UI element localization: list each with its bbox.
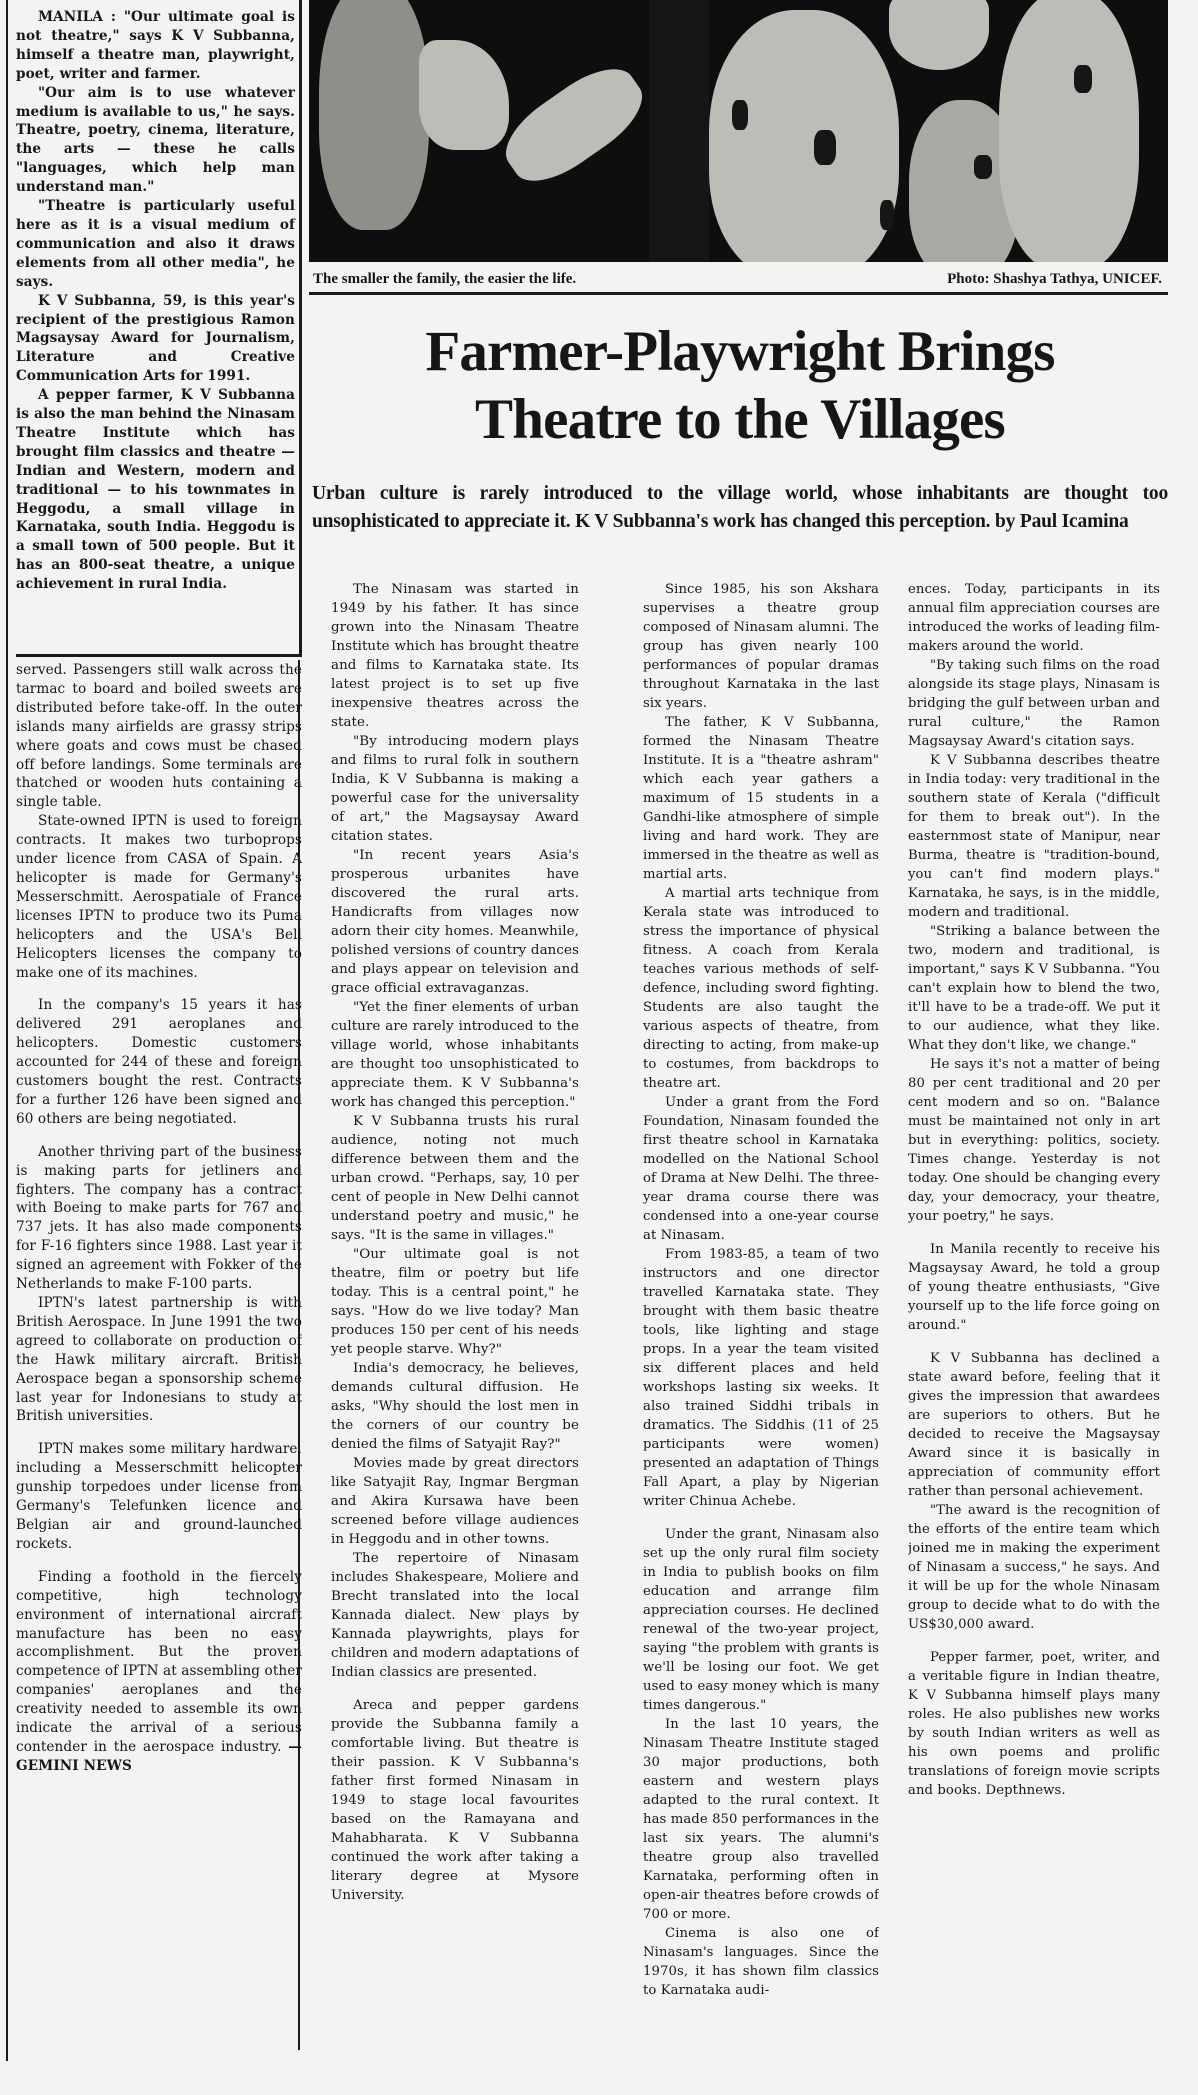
paragraph: The father, K V Subbanna, formed the Nin… [643,713,879,884]
paragraph: Since 1985, his son Akshara supervises a… [643,580,879,713]
paragraph: "Our ultimate goal is not theatre, film … [331,1245,579,1359]
paragraph: In Manila recently to receive his Magsay… [908,1240,1160,1335]
paragraph: Under a grant from the Ford Foundation, … [643,1093,879,1245]
paragraph: "Theatre is particularly useful here as … [16,197,295,292]
left-story-continuation: served. Passengers still walk across the… [16,657,302,2061]
paragraph: K V Subbanna describes theatre in India … [908,751,1160,922]
paragraph: "In recent years Asia's prosperous urban… [331,846,579,998]
paragraph: "Yet the finer elements of urban culture… [331,998,579,1112]
paragraph: IPTN's latest partnership is with Britis… [16,1294,302,1426]
photo-caption-bar: The smaller the family, the easier the l… [309,266,1168,295]
paragraph: "The award is the recognition of the eff… [908,1501,1160,1634]
paragraph: ences. Today, participants in its annual… [908,580,1160,656]
article-column-2: Since 1985, his son Akshara supervises a… [643,580,879,2080]
paragraph: Movies made by great directors like Saty… [331,1454,579,1549]
paragraph: "Striking a balance between the two, mod… [908,922,1160,1055]
paragraph: K V Subbanna has declined a state award … [908,1349,1160,1501]
paragraph: The repertoire of Ninasam includes Shake… [331,1549,579,1682]
paragraph: MANILA : "Our ultimate goal is not theat… [16,8,295,84]
newspaper-page: MANILA : "Our ultimate goal is not theat… [0,0,1198,2095]
paragraph: A pepper farmer, K V Subbanna is also th… [16,386,295,594]
paragraph: served. Passengers still walk across the… [16,661,302,812]
standfirst-deck: Urban culture is rarely introduced to th… [312,480,1168,536]
dateline: MANILA : [38,9,116,25]
left-story-top-box: MANILA : "Our ultimate goal is not theat… [16,0,302,657]
paragraph: A martial arts technique from Kerala sta… [643,884,879,1093]
paragraph: The Ninasam was started in 1949 by his f… [331,580,579,732]
paragraph: India's democracy, he believes, demands … [331,1359,579,1454]
paragraph: "By taking such films on the road alongs… [908,656,1160,751]
paragraph: In the company's 15 years it has deliver… [16,996,302,1128]
paragraph: From 1983-85, a team of two instructors … [643,1245,879,1511]
paragraph: Areca and pepper gardens provide the Sub… [331,1696,579,1905]
paragraph: Another thriving part of the business is… [16,1143,302,1294]
paragraph: In the last 10 years, the Ninasam Theatr… [643,1715,879,1924]
paragraph: Pepper farmer, poet, writer, and a verit… [908,1648,1160,1800]
paragraph: Cinema is also one of Ninasam's language… [643,1924,879,2000]
left-story: MANILA : "Our ultimate goal is not theat… [6,0,302,2061]
paragraph: Finding a foothold in the fiercely compe… [16,1568,302,1776]
paragraph: K V Subbanna trusts his rural audience, … [331,1112,579,1245]
column-divider [298,660,300,2050]
article-column-1: The Ninasam was started in 1949 by his f… [331,580,579,2080]
paragraph: K V Subbanna, 59, is this year's recipie… [16,292,295,387]
paragraph: Under the grant, Ninasam also set up the… [643,1525,879,1715]
family-photo [309,0,1168,262]
paragraph: State-owned IPTN is used to foreign cont… [16,812,302,982]
paragraph: "Our aim is to use whatever medium is av… [16,84,295,197]
paragraph: He says it's not a matter of being 80 pe… [908,1055,1160,1226]
paragraph: IPTN makes some military hardware, inclu… [16,1440,302,1553]
paragraph: "By introducing modern plays and films t… [331,732,579,846]
article-column-3: ences. Today, participants in its annual… [908,580,1160,2080]
photo-credit: Photo: Shashya Tathya, UNICEF. [947,271,1168,288]
photo-caption: The smaller the family, the easier the l… [309,271,576,288]
headline: Farmer-Playwright Brings Theatre to the … [312,318,1168,454]
